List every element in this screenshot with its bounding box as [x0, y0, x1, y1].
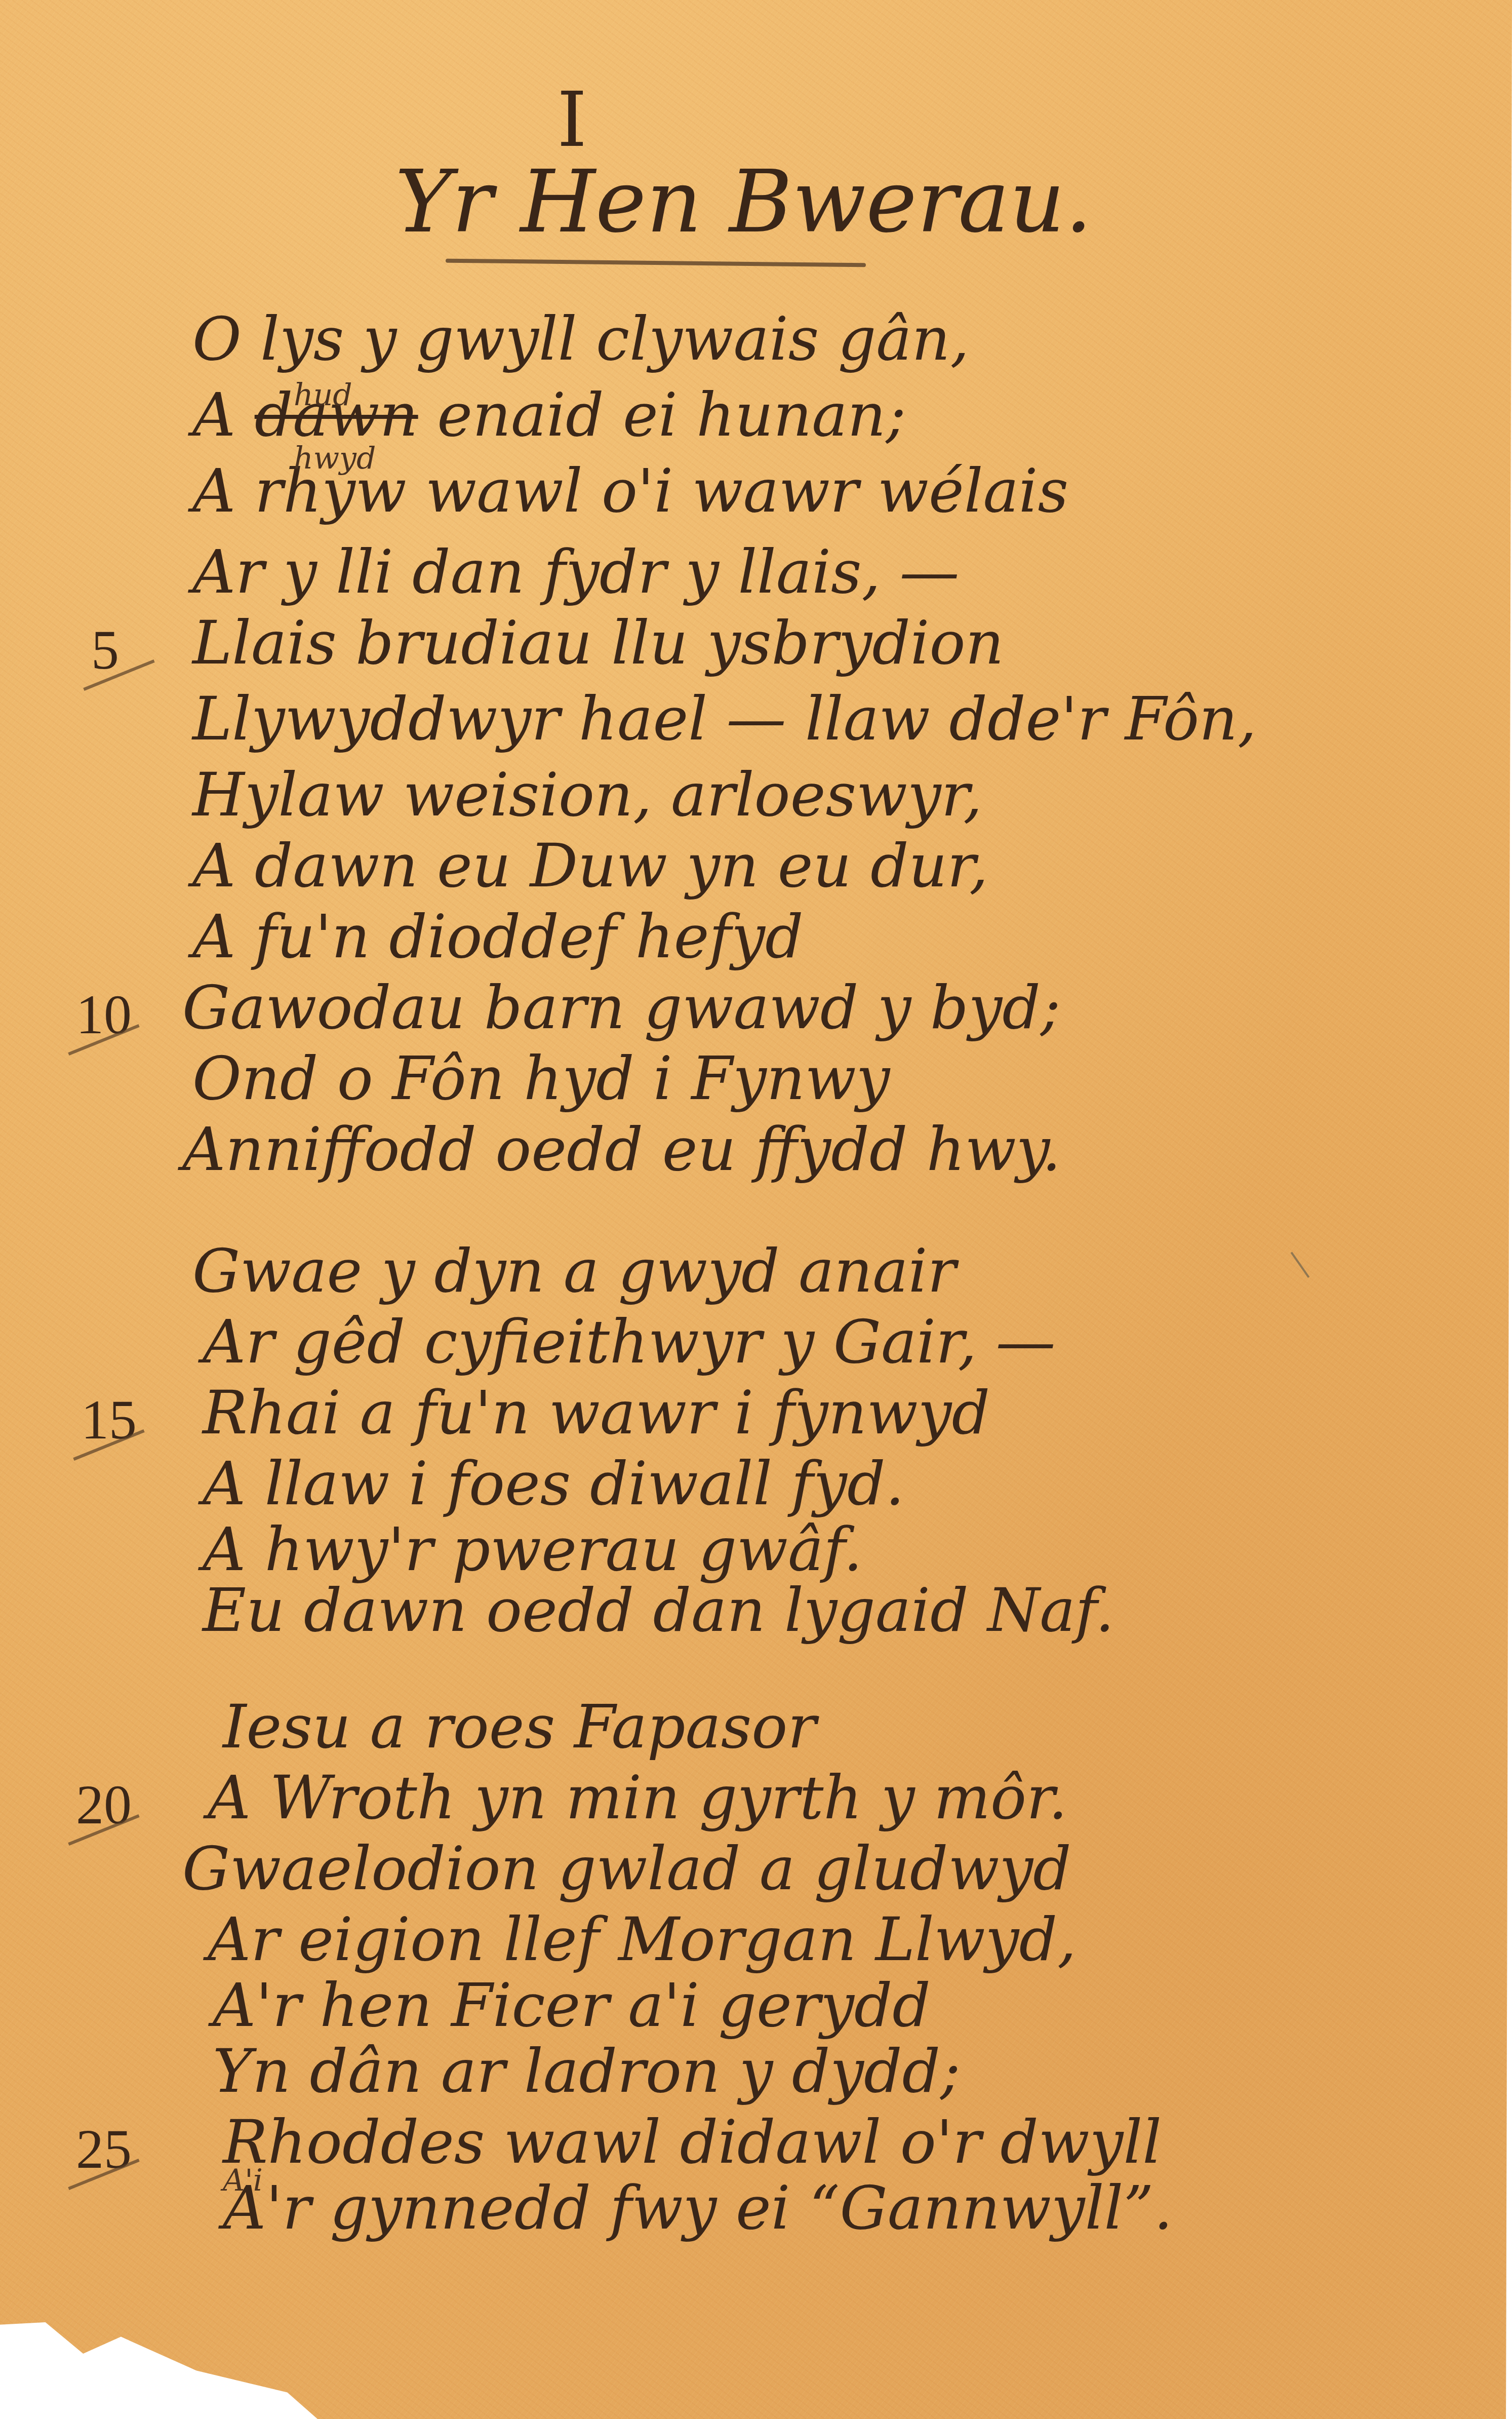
interlinear-insertion: hud [294, 377, 352, 413]
poem-line-8: A dawn eu Duw yn eu dur, [192, 831, 988, 901]
poem-line-10: Gawodau barn gwawd y byd; [182, 972, 1060, 1042]
poem-line-25: Rhoddes wawl didawl o'r dwyll [223, 2107, 1162, 2177]
poem-line-17: A hwy'r pwerau gwâf. [203, 1514, 862, 1584]
poem-line-13: Gwae y dyn a gwyd anair [192, 1236, 956, 1306]
interlinear-insertion: hwyd [294, 441, 376, 476]
poem-line-4: Ar y lli dan fydr y llais, — [192, 537, 960, 607]
poem-line-24: Yn dân ar ladron y dydd; [213, 2036, 961, 2106]
poem-line-15: Rhai a fu'n wawr i fynwyd [203, 1378, 990, 1448]
poem-line-19: Iesu a roes Fapasor [223, 1692, 816, 1762]
poem-line-21: Gwaelodion gwlad a gludwyd [182, 1833, 1071, 1903]
poem-line-7: Hylaw weision, arloeswyr, [192, 760, 982, 830]
margin-line-number: 5 [91, 618, 119, 682]
poem-line-22: Ar eigion llef Morgan Llwyd, [208, 1904, 1077, 1974]
margin-line-number: 25 [76, 2117, 132, 2181]
line-prefix: A [192, 380, 255, 450]
poem-line-20: A Wroth yn min gyrth y môr. [208, 1763, 1067, 1832]
poem-title: Yr Hen Bwerau. [395, 152, 1092, 252]
poem-line-16: A llaw i foes diwall fyd. [203, 1449, 904, 1518]
line-text: wawl o'i wawr wélais [407, 456, 1068, 526]
poem-line-12: Anniffodd oedd eu ffydd hwy. [182, 1114, 1061, 1184]
poem-line-5: Llais brudiau llu ysbrydion [192, 608, 1004, 678]
margin-line-number: 10 [76, 983, 132, 1047]
line-text: enaid ei hunan; [418, 380, 906, 450]
line-prefix: A [192, 456, 255, 526]
section-numeral: I [557, 76, 587, 164]
poem-line-26: A'r gynnedd fwy ei “Gannwyll”. [223, 2173, 1173, 2243]
poem-line-11: Ond o Fôn hyd i Fynwy [192, 1043, 890, 1113]
line-prefix: A'r [223, 2173, 330, 2243]
poem-line-14: Ar gêd cyfieithwyr y Gair, — [203, 1307, 1056, 1377]
poem-line-1: O lys y gwyll clywais gân, [192, 304, 969, 374]
margin-line-number: 20 [76, 1773, 132, 1837]
margin-line-number: 15 [81, 1388, 137, 1452]
poem-line-9: A fu'n dioddef hefyd [192, 902, 803, 971]
poem-line-6: Llywyddwyr hael — llaw dde'r Fôn, [192, 684, 1257, 754]
poem-line-18: Eu dawn oedd dan lygaid Naf. [203, 1575, 1115, 1645]
poem-line-23: A'r hen Ficer a'i gerydd [213, 1970, 931, 2040]
line-text: gynnedd fwy ei “Gannwyll”. [330, 2173, 1173, 2243]
